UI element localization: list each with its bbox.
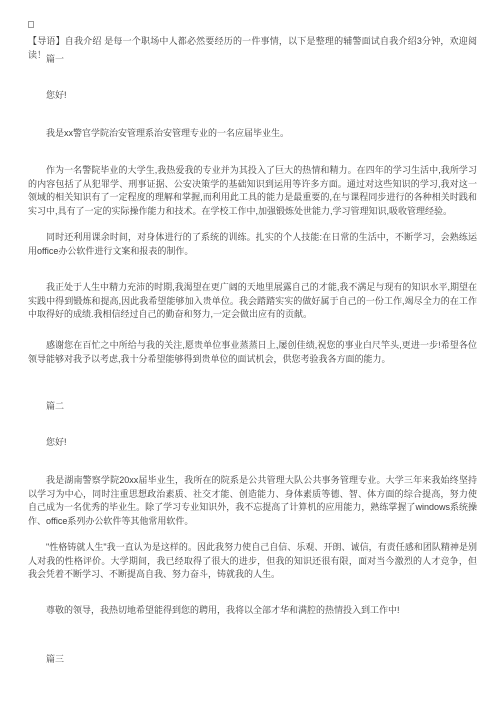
paragraph: "性格铸就人生"我一直认为是这样的。因此我努力使自己自信、乐观、开朗、诚信，有责…: [28, 541, 477, 582]
greeting-line-1: 您好!: [28, 89, 477, 103]
paragraph: 我正处于人生中精力充沛的时期,我渴望在更广阔的天地里展露自己的才能,我不满足与现…: [28, 281, 477, 322]
section-heading-1: 篇一: [28, 53, 477, 67]
paragraph: 感谢您在百忙之中所给与我的关注,愿贵单位事业蒸蒸日上,屡创佳绩,祝您的事业白尺竿…: [28, 339, 477, 366]
paragraph: 我是湖南警察学院20xx届毕业生，我所在的院系是公共管理大队公共事务管理专业。大…: [28, 474, 477, 528]
paragraph: 作为一名警院毕业的大学生,我热爱我的专业并为其投入了巨大的热情和精力。在四年的学…: [28, 164, 477, 218]
paragraph: 同时还利用课余时间，对身体进行的了系统的训练。扎实的个人技能:在日常的生活中，不…: [28, 231, 477, 258]
section-heading-3: 篇三: [28, 653, 477, 667]
document-page: 【导语】自我介绍 是每一个职场中人都必然要经历的一件事情，以下是整理的辅警面试自…: [0, 0, 504, 713]
section-heading-2: 篇二: [28, 400, 477, 414]
paragraph: 我是xx警官学院治安管理系治安管理专业的一名应届毕业生。: [28, 127, 477, 141]
missing-glyph-marker-icon: [28, 21, 34, 28]
paragraph: 尊敬的领导，我热切地希望能得到您的聘用，我将以全部才华和满腔的热情投入到工作中!: [28, 604, 477, 618]
greeting-line-2: 您好!: [28, 436, 477, 450]
